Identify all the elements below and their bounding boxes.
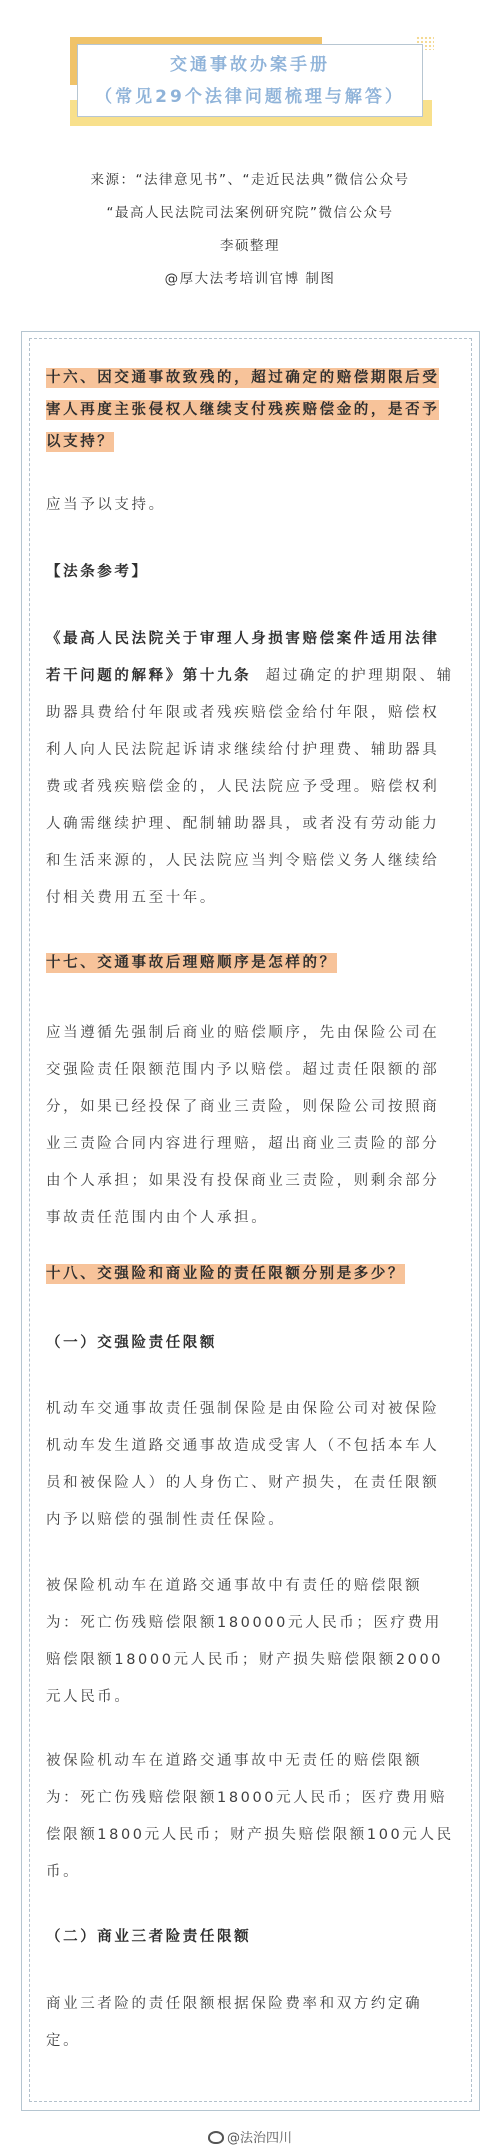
question-16-heading: 十六、因交通事故致残的，超过确定的赔偿期限后受害人再度主张侵权人继续支付残疾赔偿… [46,362,456,458]
heading-highlight: 十七、交通事故后理赔顺序是怎样的？ [46,953,337,973]
title-banner: 交通事故办案手册 （常见29个法律问题梳理与解答） [70,37,432,126]
compiler-line: 李硕整理 [0,230,500,263]
watermark: @法治四川 [0,2127,500,2146]
law-reference-label: 【法条参考】 [46,554,456,591]
source-line: 来源：“法律意见书”、“走近民法典”微信公众号 [0,164,500,197]
weibo-logo-icon [208,2131,224,2144]
heading-highlight: 十六、因交通事故致残的，超过确定的赔偿期限后受害人再度主张侵权人继续支付残疾赔偿… [46,368,439,452]
question-16-answer: 应当予以支持。 [46,487,456,524]
subsection-1-para-1: 机动车交通事故责任强制保险是由保险公司对被保险机动车发生道路交通事故造成受害人（… [46,1391,456,1539]
question-17-answer: 应当遵循先强制后商业的赔偿顺序，先由保险公司在交强险责任限额范围内予以赔偿。超过… [46,1015,456,1237]
subsection-2-title: （二）商业三者险责任限额 [46,1919,456,1956]
subsection-1-title: （一）交强险责任限额 [46,1325,456,1362]
designer-line: @厚大法考培训官博 制图 [0,263,500,296]
subsection-1-para-2: 被保险机动车在道路交通事故中有责任的赔偿限额为：死亡伤残赔偿限额180000元人… [46,1568,456,1716]
page-title: 交通事故办案手册 [170,49,330,81]
subsection-2-para-1: 商业三者险的责任限额根据保险费率和双方约定确定。 [46,1986,456,2060]
law-reference-text: 《最高人民法院关于审理人身损害赔偿案件适用法律若干问题的解释》第十九条 超过确定… [46,621,456,917]
source-credits: 来源：“法律意见书”、“走近民法典”微信公众号 “最高人民法院司法案例研究院”微… [0,164,500,296]
question-17-heading: 十七、交通事故后理赔顺序是怎样的？ [46,947,456,979]
title-box: 交通事故办案手册 （常见29个法律问题梳理与解答） [77,44,423,117]
page-subtitle: （常见29个法律问题梳理与解答） [95,81,405,113]
subsection-1-para-3: 被保险机动车在道路交通事故中无责任的赔偿限额为：死亡伤残赔偿限额18000元人民… [46,1743,456,1891]
question-18-heading: 十八、交强险和商业险的责任限额分别是多少？ [46,1258,456,1290]
law-reference-body: 超过确定的护理期限、辅助器具费给付年限或者残疾赔偿金给付年限，赔偿权利人向人民法… [46,668,454,906]
heading-highlight: 十八、交强险和商业险的责任限额分别是多少？ [46,1264,405,1284]
watermark-text: @法治四川 [227,2131,292,2146]
source-line: “最高人民法院司法案例研究院”微信公众号 [0,197,500,230]
